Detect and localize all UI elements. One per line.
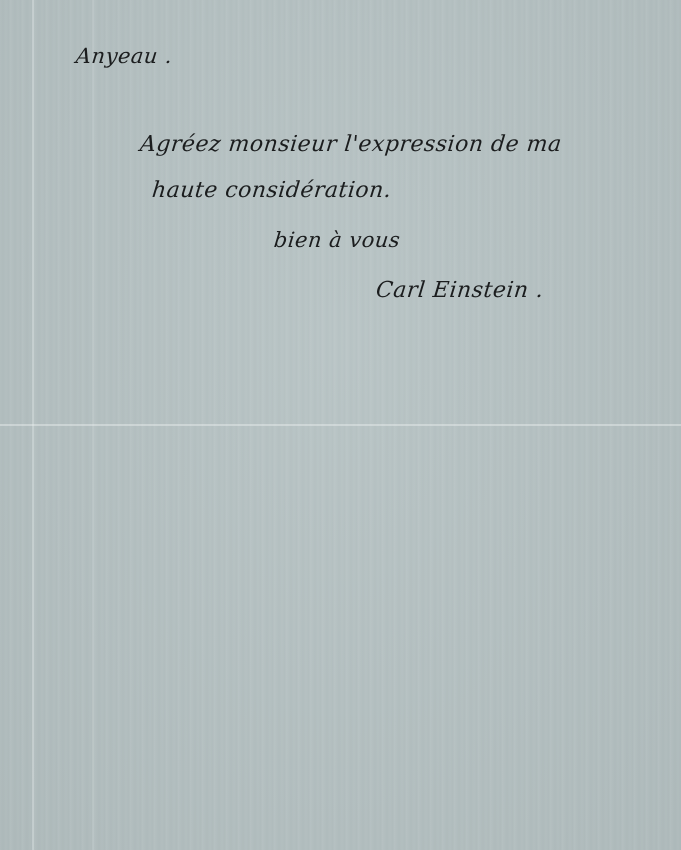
paper-fold-line	[0, 424, 681, 426]
opening-fragment: Anyeau .	[75, 44, 174, 68]
letter-page: Anyeau . Agréez monsieur l'expression de…	[0, 0, 681, 850]
closing-formula-line-1: Agréez monsieur l'expression de ma	[139, 132, 563, 157]
signature: Carl Einstein .	[375, 278, 545, 303]
closing-formula-line-2: haute considération.	[151, 178, 393, 203]
valediction: bien à vous	[273, 228, 402, 252]
